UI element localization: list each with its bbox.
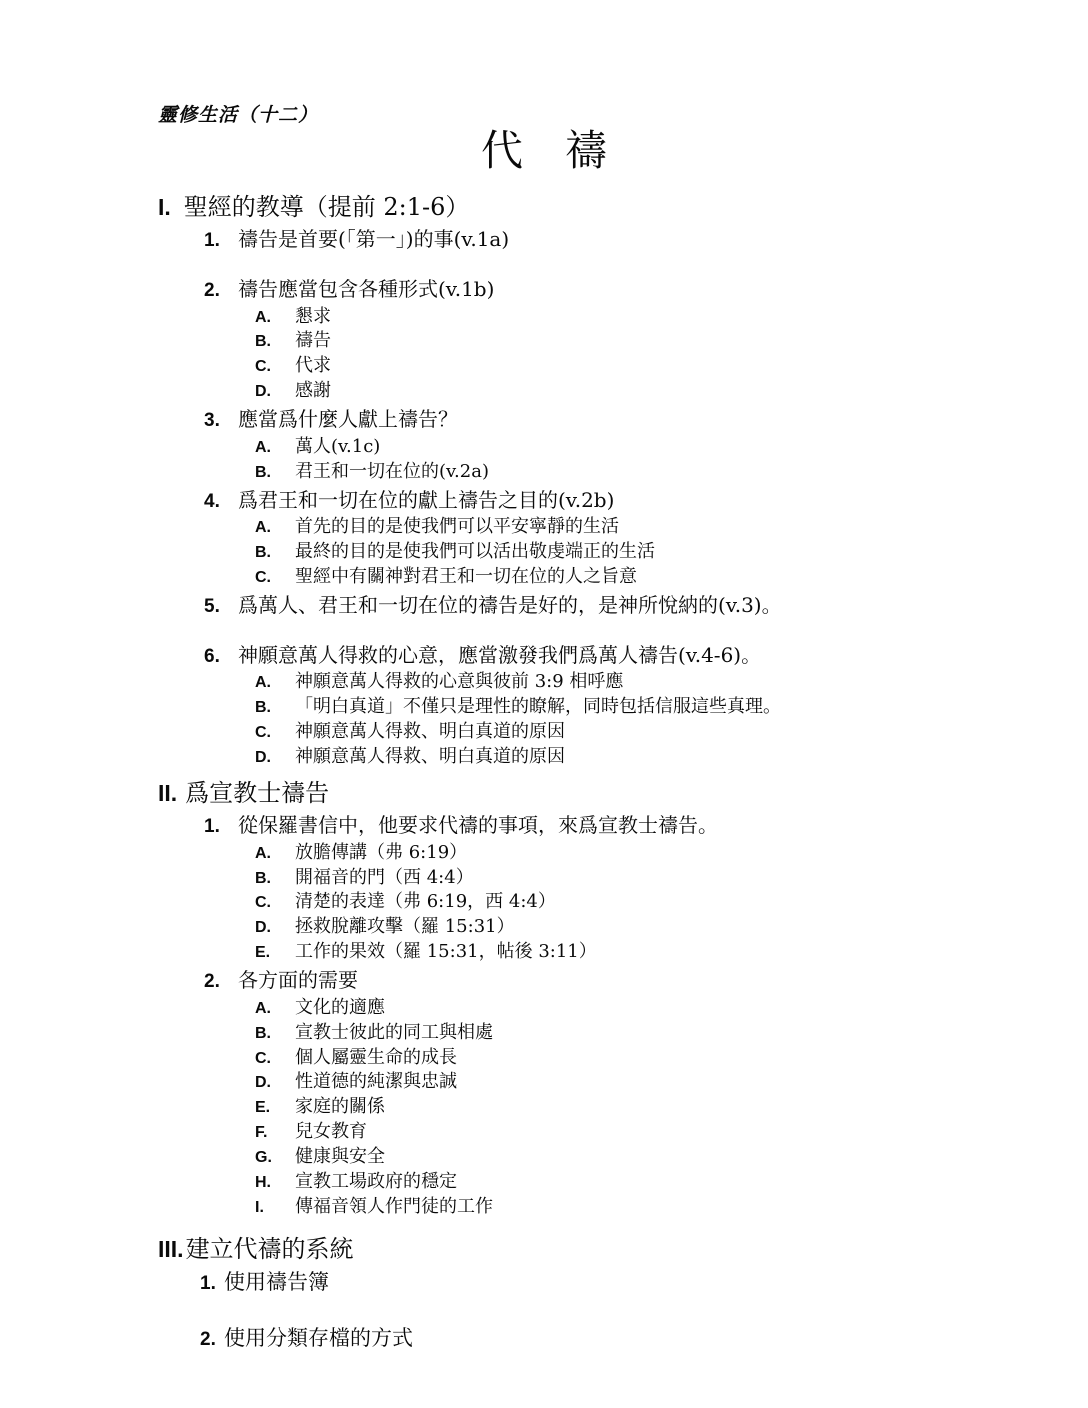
sub-item: B.最終的目的是使我們可以活出敬虔端正的生活 [255, 541, 968, 563]
sub-text: 放膽傳講（弗 6:19） [295, 842, 968, 863]
item-text: 各方面的需要 [238, 968, 968, 993]
item-text: 應當爲什麼人獻上禱告？ [238, 407, 968, 432]
sub-item: C.聖經中有關神對君王和一切在位的人之旨意 [255, 566, 968, 588]
sub-letter: I. [255, 1199, 295, 1218]
sub-text: 代求 [295, 355, 968, 376]
sub-letter: C. [255, 569, 295, 588]
sub-text: 君王和一切在位的(v.2a) [295, 461, 968, 482]
sub-item: A.神願意萬人得救的心意與彼前 3:9 相呼應 [255, 671, 968, 693]
sub-item: C.清楚的表達（弗 6:19，西 4:4） [255, 891, 968, 913]
document-page: 靈修生活（十二） 代 禱 I.聖經的教導（提前 2:1-6）1.禱告是首要(「第… [0, 0, 1088, 1408]
sub-text: 感謝 [295, 380, 968, 401]
sub-item: B.禱告 [255, 330, 968, 352]
sub-item: B.開福音的門（西 4:4） [255, 867, 968, 889]
sub-text: 家庭的關係 [295, 1096, 968, 1117]
sub-text: 健康與安全 [295, 1146, 968, 1167]
sub-text: 宣教士彼此的同工與相處 [295, 1022, 968, 1043]
section-heading: III.建立代禱的系統 [158, 1234, 968, 1264]
section-I: I.聖經的教導（提前 2:1-6）1.禱告是首要(「第一」)的事(v.1a)2.… [158, 192, 968, 768]
sub-letter: B. [255, 1025, 295, 1044]
sub-item: A.萬人(v.1c) [255, 436, 968, 458]
sub-text: 懇求 [295, 306, 968, 327]
sub-text: 神願意萬人得救、明白真道的原因 [295, 721, 968, 742]
item-number: 2. [200, 1328, 224, 1352]
sub-letter: C. [255, 358, 295, 377]
sub-text: 性道德的純潔與忠誠 [295, 1071, 968, 1092]
section-heading-text: 建立代禱的系統 [186, 1234, 354, 1264]
sub-item: A.首先的目的是使我們可以平安寧靜的生活 [255, 516, 968, 538]
item-text: 禱告是首要(「第一」)的事(v.1a) [238, 227, 968, 252]
sub-letter: A. [255, 519, 295, 538]
sub-letter: B. [255, 544, 295, 563]
sub-item: F.兒女教育 [255, 1121, 968, 1143]
sub-item: G.健康與安全 [255, 1146, 968, 1168]
sub-letter: C. [255, 1050, 295, 1069]
sub-text: 萬人(v.1c) [295, 436, 968, 457]
sub-item: B.君王和一切在位的(v.2a) [255, 461, 968, 483]
item-number: 1. [204, 229, 238, 253]
sub-text: 神願意萬人得救的心意與彼前 3:9 相呼應 [295, 671, 968, 692]
outline-item: 2.使用分類存檔的方式 [158, 1325, 968, 1352]
sub-text: 工作的果效（羅 15:31，帖後 3:11） [295, 941, 968, 962]
sub-letter: A. [255, 309, 295, 328]
sub-letter: A. [255, 845, 295, 864]
sub-letter: E. [255, 944, 295, 963]
sub-item: B.宣教士彼此的同工與相處 [255, 1022, 968, 1044]
section-numeral: I. [158, 194, 171, 221]
document-header: 靈修生活（十二） [158, 100, 318, 127]
item-text: 從保羅書信中，他要求代禱的事項，來爲宣教士禱告。 [238, 813, 968, 838]
sub-letter: D. [255, 919, 295, 938]
sub-item: A.文化的適應 [255, 997, 968, 1019]
sub-letter: B. [255, 870, 295, 889]
sub-item: C.代求 [255, 355, 968, 377]
sub-letter: B. [255, 333, 295, 352]
sub-letter: A. [255, 1000, 295, 1019]
item-number: 1. [200, 1272, 224, 1296]
sub-text: 「明白真道」不僅只是理性的瞭解，同時包括信服這些真理。 [295, 696, 968, 717]
sub-item: E.家庭的關係 [255, 1096, 968, 1118]
sub-letter: H. [255, 1174, 295, 1193]
section-heading: I.聖經的教導（提前 2:1-6） [158, 192, 968, 222]
section-II: II.爲宣教士禱告1.從保羅書信中，他要求代禱的事項，來爲宣教士禱告。A.放膽傳… [158, 778, 968, 1218]
outline-item: 2.禱告應當包含各種形式(v.1b) [158, 277, 968, 303]
sub-text: 神願意萬人得救、明白真道的原因 [295, 746, 968, 767]
sub-letter: A. [255, 674, 295, 693]
sub-text: 拯救脫離攻擊（羅 15:31） [295, 916, 968, 937]
item-text: 神願意萬人得救的心意，應當激發我們爲萬人禱告(v.4-6)。 [238, 643, 968, 668]
sub-text: 首先的目的是使我們可以平安寧靜的生活 [295, 516, 968, 537]
outline-item: 4.爲君王和一切在位的獻上禱告之目的(v.2b) [158, 488, 968, 514]
sub-item: E.工作的果效（羅 15:31，帖後 3:11） [255, 941, 968, 963]
item-number: 2. [204, 279, 238, 303]
section-heading-text: 聖經的教導（提前 2:1-6） [184, 192, 470, 222]
outline-item: 6.神願意萬人得救的心意，應當激發我們爲萬人禱告(v.4-6)。 [158, 643, 968, 669]
sub-text: 開福音的門（西 4:4） [295, 867, 968, 888]
sub-item: D.感謝 [255, 380, 968, 402]
sub-text: 兒女教育 [295, 1121, 968, 1142]
sub-text: 文化的適應 [295, 997, 968, 1018]
sub-letter: F. [255, 1124, 295, 1143]
sub-letter: G. [255, 1149, 295, 1168]
sub-item: D.拯救脫離攻擊（羅 15:31） [255, 916, 968, 938]
sub-text: 最終的目的是使我們可以活出敬虔端正的生活 [295, 541, 968, 562]
sub-letter: C. [255, 724, 295, 743]
sub-text: 禱告 [295, 330, 968, 351]
section-heading: II.爲宣教士禱告 [158, 778, 968, 808]
sub-item: A.放膽傳講（弗 6:19） [255, 842, 968, 864]
document-title: 代 禱 [0, 126, 1088, 176]
sub-text: 傳福音領人作門徒的工作 [295, 1196, 968, 1217]
item-number: 6. [204, 645, 238, 669]
item-text: 禱告應當包含各種形式(v.1b) [238, 277, 968, 302]
outline: I.聖經的教導（提前 2:1-6）1.禱告是首要(「第一」)的事(v.1a)2.… [158, 192, 968, 1352]
sub-letter: A. [255, 439, 295, 458]
section-III: III.建立代禱的系統1.使用禱告簿2.使用分類存檔的方式 [158, 1234, 968, 1353]
sub-text: 清楚的表達（弗 6:19，西 4:4） [295, 891, 968, 912]
sub-text: 個人屬靈生命的成長 [295, 1047, 968, 1068]
sub-item: A.懇求 [255, 306, 968, 328]
sub-item: C.個人屬靈生命的成長 [255, 1047, 968, 1069]
outline-item: 1.使用禱告簿 [158, 1269, 968, 1296]
item-text: 使用分類存檔的方式 [224, 1325, 968, 1351]
item-number: 3. [204, 409, 238, 433]
outline-item: 2.各方面的需要 [158, 968, 968, 994]
sub-letter: D. [255, 749, 295, 768]
sub-text: 宣教工場政府的穩定 [295, 1171, 968, 1192]
section-numeral: II. [158, 780, 177, 807]
section-heading-text: 爲宣教士禱告 [185, 778, 329, 808]
item-number: 2. [204, 970, 238, 994]
sub-item: D.性道德的純潔與忠誠 [255, 1071, 968, 1093]
outline-item: 3.應當爲什麼人獻上禱告？ [158, 407, 968, 433]
item-text: 使用禱告簿 [224, 1269, 968, 1295]
sub-item: D.神願意萬人得救、明白真道的原因 [255, 746, 968, 768]
sub-letter: B. [255, 464, 295, 483]
sub-letter: D. [255, 1074, 295, 1093]
sub-item: I.傳福音領人作門徒的工作 [255, 1196, 968, 1218]
outline-item: 1.從保羅書信中，他要求代禱的事項，來爲宣教士禱告。 [158, 813, 968, 839]
sub-letter: D. [255, 383, 295, 402]
item-number: 1. [204, 815, 238, 839]
sub-item: C.神願意萬人得救、明白真道的原因 [255, 721, 968, 743]
item-number: 4. [204, 490, 238, 514]
sub-item: B.「明白真道」不僅只是理性的瞭解，同時包括信服這些真理。 [255, 696, 968, 718]
item-text: 爲君王和一切在位的獻上禱告之目的(v.2b) [238, 488, 968, 513]
outline-item: 1.禱告是首要(「第一」)的事(v.1a) [158, 227, 968, 253]
sub-item: H.宣教工場政府的穩定 [255, 1171, 968, 1193]
item-number: 5. [204, 595, 238, 619]
section-numeral: III. [158, 1236, 184, 1263]
sub-letter: B. [255, 699, 295, 718]
sub-text: 聖經中有關神對君王和一切在位的人之旨意 [295, 566, 968, 587]
sub-letter: C. [255, 894, 295, 913]
sub-letter: E. [255, 1099, 295, 1118]
item-text: 爲萬人、君王和一切在位的禱告是好的，是神所悅納的(v.3)。 [238, 593, 968, 618]
outline-item: 5.爲萬人、君王和一切在位的禱告是好的，是神所悅納的(v.3)。 [158, 593, 968, 619]
